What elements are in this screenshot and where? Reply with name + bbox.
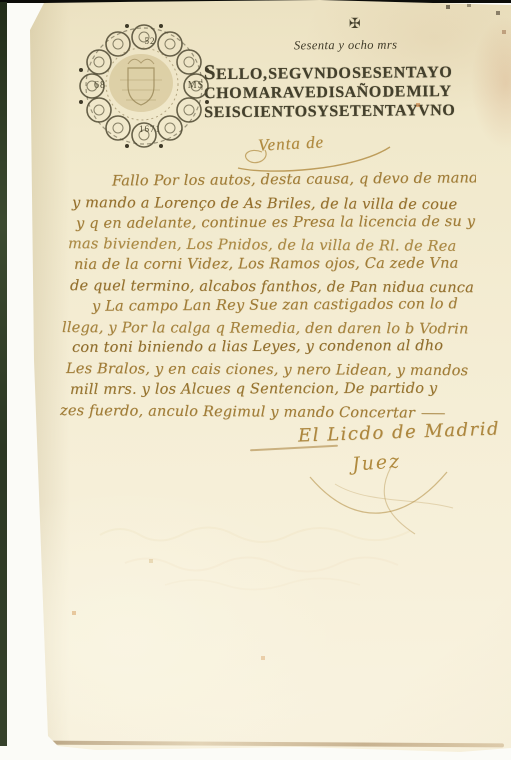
- maltese-cross-icon: ✠: [349, 17, 361, 31]
- manuscript-line: Fallo Por los autos, desta causa, q devo…: [56, 172, 476, 193]
- seal-value-top: 52: [145, 36, 156, 46]
- printed-heading: SELLO, SEGVNDO SESENTA Y O CHO MARAVEDIS…: [204, 61, 477, 122]
- manuscript-line: nia de la corni Videz, Los Ramos ojos, C…: [56, 254, 476, 276]
- manuscript-line: y La campo Lan Rey Sue zan castigados co…: [56, 294, 476, 318]
- printed-heading-line: SEISCIENTOS Y SETENTA Y VNO: [204, 101, 476, 122]
- script-heading: Venta de: [258, 132, 325, 155]
- seal-value-left: 68: [94, 80, 106, 91]
- tax-seal-stamp: 52 68 MS 1671: [70, 20, 218, 154]
- manuscript-line: con toni biniendo a lias Leyes, y conden…: [56, 336, 476, 359]
- scanner-bed-strip: [0, 2, 7, 746]
- printed-heading-line: SELLO, SEGVNDO SESENTA Y O: [204, 61, 476, 84]
- seal-value-right: MS: [188, 80, 204, 91]
- manuscript-line: mill mrs. y los Alcues q Sentencion, De …: [56, 379, 476, 401]
- paper-deckle-edge: [38, 741, 504, 748]
- signature-dash-line: [250, 445, 338, 452]
- scanned-document: { "stamp": { "cross_mark": "✠", "fee_not…: [0, 0, 511, 760]
- seal-center-arms: [106, 48, 178, 120]
- ink-showthrough-ghost: [95, 505, 435, 595]
- paper-sheet: ✠ Sesenta y ocho mrs SELLO, SEGVNDO SESE…: [0, 0, 511, 756]
- printed-heading-line: CHO MARAVEDIS AÑO DE MIL Y: [204, 82, 476, 103]
- manuscript-line: y q en adelante, continue es Presa la li…: [56, 211, 476, 234]
- fee-note: Sesenta y ocho mrs: [294, 38, 397, 54]
- seal-year: 1671: [139, 124, 161, 134]
- manuscript-body: Fallo Por los autos, desta causa, q devo…: [56, 172, 476, 426]
